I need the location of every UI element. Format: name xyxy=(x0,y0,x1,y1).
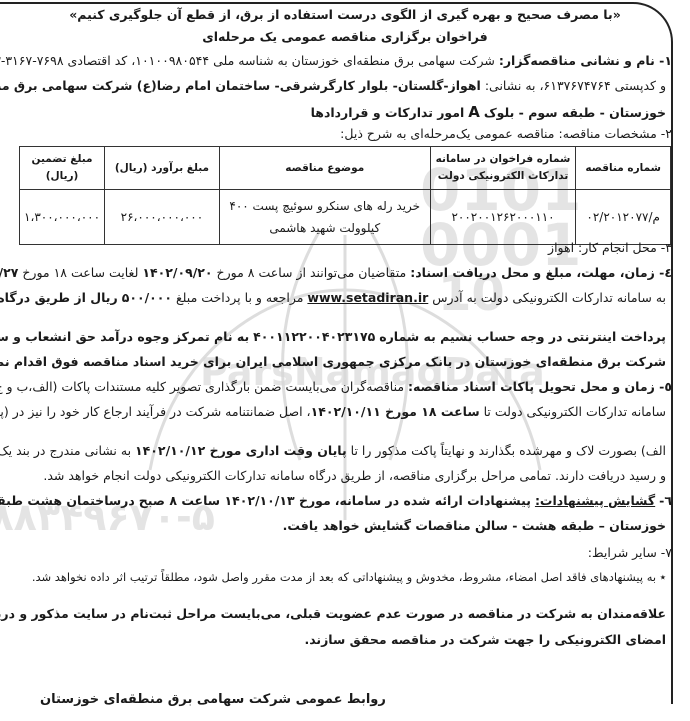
section-4-line-1: ٤- زمان، مهلت، مبلغ و محل دریافت اسناد: … xyxy=(0,265,672,280)
note-line-1: علاقه‌مندان به شرکت در مناقصه در صورت عد… xyxy=(0,606,666,621)
setadiran-link[interactable]: www.setadiran.ir xyxy=(307,290,428,305)
section-6-text-a: پیشنهادات ارائه شده در سامانه، xyxy=(335,493,531,508)
cell-subject: خرید رله های سنکرو سوئیچ پست ۴۰۰ کیلوولت… xyxy=(219,190,430,245)
section-4-text-f: پرداخت اینترنتی در وجه حساب نسیم به شمار… xyxy=(379,329,666,344)
section-1-label: ۱- نام و نشانی مناقصه‌گزار: xyxy=(499,53,672,68)
section-1-line-1: ۱- نام و نشانی مناقصه‌گزار: شرکت سهامی ب… xyxy=(0,53,672,68)
slogan: «با مصرف صحیح و بهره گیری از الگوی درست … xyxy=(0,7,690,22)
section-2-line: ۲- مشخصات مناقصه: مناقصه عمومی یک‌مرحله‌… xyxy=(340,126,672,141)
col-tender-number: شماره مناقصه xyxy=(576,147,671,190)
document-fee: ۵۰۰/۰۰۰ xyxy=(122,290,172,305)
col-subject: موضوع مناقصه xyxy=(219,147,430,190)
section-6-label: گشایش پیشنهادات: xyxy=(535,493,655,508)
postal-code-text: و کدپستی ۶۱۳۷۶۷۴۷۶۴، به نشانی: xyxy=(485,78,666,93)
upload-deadline: ساعت ۱۸ مورخ ۱۴۰۲/۱۰/۱۱ xyxy=(311,404,480,419)
section-4-line-4: شرکت برق منطقه‌ای خوزستان در بانک مرکزی … xyxy=(0,354,666,369)
section-2-text: مناقصه عمومی یک‌مرحله‌ای به شرح ذیل: xyxy=(340,126,554,141)
section-5-text-b: سامانه تدارکات الکترونیکی دولت تا xyxy=(484,404,666,419)
cell-call-number: ۲۰۰۲۰۰۱۲۶۲۰۰۰۱۱۰ xyxy=(430,190,576,245)
tender-table: شماره مناقصه شماره فراخوان در سامانه تدا… xyxy=(19,146,671,245)
section-6-text-b: درساختمان هشت طبقه شرکت برق منطقه‌ای xyxy=(0,493,135,508)
section-5-text-d: الف) بصورت لاک و مهرشده بگذارند و نهایتا… xyxy=(351,443,666,458)
section-6-line-2: خوزستان – طبقه هشت - سالن مناقصات گشایش … xyxy=(283,518,666,533)
delivery-deadline: پایان وقت اداری مورخ ۱۴۰۲/۱۰/۱۲ xyxy=(135,443,347,458)
section-5-text-a: مناقصه‌گران می‌بایست ضمن بارگذاری تصویر … xyxy=(0,379,404,394)
table-row: م/۰۲/۲۰۱۲۰۷۷ ۲۰۰۲۰۰۱۲۶۲۰۰۰۱۱۰ خرید رله ه… xyxy=(20,190,671,245)
opening-datetime: مورخ ۱۴۰۲/۱۰/۱۳ ساعت ۸ صبح xyxy=(139,493,331,508)
section-7-bullet: ٭ به پیشنهادهای فاقد اصل امضاء، مشروط، م… xyxy=(32,570,666,584)
table-header-row: شماره مناقصه شماره فراخوان در سامانه تدا… xyxy=(20,147,671,190)
section-4-text-c: به سامانه تدارکات الکترونیکی دولت به آدر… xyxy=(432,290,666,305)
account-number: ۴۰۰۱۱۲۲۰۰۴۰۲۳۱۷۵ xyxy=(253,329,375,344)
section-1-line-2: و کدپستی ۶۱۳۷۶۷۴۷۶۴، به نشانی: اهواز-گلس… xyxy=(0,78,666,93)
notice-title: فراخوان برگزاری مناقصه عمومی یک مرحله‌ای xyxy=(0,29,690,44)
section-3-line: ۳- محل انجام کار: اهواز xyxy=(548,240,672,255)
section-4-text-g: به نام تمرکز وجوه درآمد حق انشعاب و سایر… xyxy=(0,329,249,344)
section-5-line-4: و رسید دریافت دارند. تمامی مراحل برگزاری… xyxy=(43,468,666,483)
address-text: اهواز-گلستان- بلوار کارگرشرقی- ساختمان ا… xyxy=(0,78,481,93)
section-4-label: ٤- زمان، مهلت، مبلغ و محل دریافت اسناد: xyxy=(410,265,672,280)
date-from: ۱۴۰۲/۰۹/۲۰ xyxy=(142,265,212,280)
cell-estimate: ۲۶،۰۰۰،۰۰۰،۰۰۰ xyxy=(105,190,220,245)
note-line-2: امضای الکترونیکی را جهت شرکت در مناقصه م… xyxy=(304,632,666,647)
section-6-number: ٦- xyxy=(659,493,672,508)
section-6-line-1: ٦- گشایش پیشنهادات: پیشنهادات ارائه شده … xyxy=(0,493,672,508)
section-4-line-3: پرداخت اینترنتی در وجه حساب نسیم به شمار… xyxy=(0,329,666,344)
cell-guarantee: ۱،۳۰۰،۰۰۰،۰۰۰ xyxy=(20,190,105,245)
section-4-text-e: ریال از طریق درگاه xyxy=(0,290,118,305)
signature: روابط عمومی شرکت سهامی برق منطقه‌ای خوزس… xyxy=(40,692,386,707)
section-4-text-d: مراجعه و با پرداخت مبلغ xyxy=(176,290,303,305)
date-to: ۱۴۰۲/۰۹/۲۷ xyxy=(0,265,18,280)
department-name: امور تدارکات و قراردادها xyxy=(311,105,465,120)
section-4-text-b: لغایت ساعت ۱۸ مورخ xyxy=(22,265,138,280)
section-5-line-3: الف) بصورت لاک و مهرشده بگذارند و نهایتا… xyxy=(0,443,666,458)
address-floor: خوزستان - طبقه سوم - بلوک xyxy=(484,105,666,120)
section-1-text: شرکت سهامی برق منطقه‌ای خوزستان به شناسه… xyxy=(0,53,495,68)
section-5-text-c: ، اصل ضمانتنامه شرکت در فرآیند ارجاع کار… xyxy=(0,404,311,419)
section-5-label: ٥- زمان و محل تحویل پاکات اسناد مناقصه: xyxy=(408,379,672,394)
section-7-label: ۷- سایر شرایط: xyxy=(588,545,672,560)
cell-tender-number: م/۰۲/۲۰۱۲۰۷۷ xyxy=(576,190,671,245)
section-5-text-e: به نشانی مندرج در بند یک، ارسال xyxy=(0,443,131,458)
col-call-number: شماره فراخوان در سامانه تدارکات الکترونی… xyxy=(430,147,576,190)
block-letter: A xyxy=(468,103,480,121)
section-5-line-1: ٥- زمان و محل تحویل پاکات اسناد مناقصه: … xyxy=(0,379,672,394)
section-4-line-2: به سامانه تدارکات الکترونیکی دولت به آدر… xyxy=(0,290,666,305)
section-5-line-2: سامانه تدارکات الکترونیکی دولت تا ساعت ۱… xyxy=(0,404,666,419)
section-1-line-3: خوزستان - طبقه سوم - بلوک A امور تدارکات… xyxy=(311,103,666,121)
col-estimate: مبلغ برآورد (ریال) xyxy=(105,147,220,190)
section-2-label: ۲- مشخصات مناقصه: xyxy=(558,126,672,141)
section-4-text-a: متقاضیان می‌توانند از ساعت ۸ مورخ xyxy=(217,265,407,280)
col-guarantee: مبلغ تضمین (ریال) xyxy=(20,147,105,190)
